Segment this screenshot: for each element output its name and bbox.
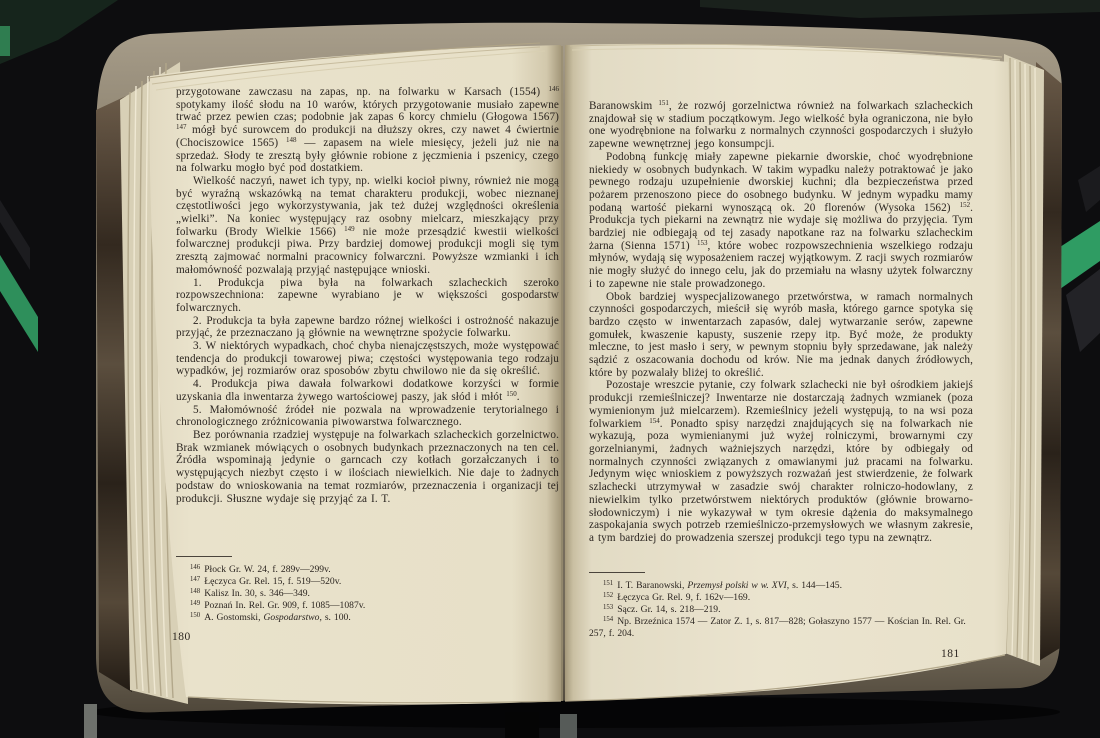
- footnote-marker: 151: [603, 580, 613, 587]
- book-photo-scene: przygotowane zawczasu na zapas, np. na f…: [0, 0, 1100, 738]
- page-number-right: 181: [941, 648, 960, 660]
- cradle-tab-left: [84, 704, 97, 738]
- left-page-footnote-area: 146Płock Gr. W. 24, f. 289v—299v.147Łęcz…: [176, 556, 559, 624]
- footnote-marker: 150: [190, 612, 200, 619]
- text-segment: Np. Brzeźnica 1574 — Zator Z. 1, s. 817—…: [589, 616, 966, 639]
- footnote-ref: 147: [176, 123, 187, 131]
- footnote: 146Płock Gr. W. 24, f. 289v—299v.: [176, 564, 559, 576]
- footnote-marker: 153: [603, 604, 613, 611]
- footnote: 153Sącz. Gr. 14, s. 218—219.: [589, 604, 973, 616]
- text-segment: I. T. Baranowski,: [617, 580, 687, 591]
- paragraph: 2. Produkcja ta była zapewne bardzo różn…: [176, 315, 559, 340]
- paragraph: 5. Małomówność źródeł nie pozwala na wpr…: [176, 404, 559, 429]
- text-segment: Poznań In. Rel. Gr. 909, f. 1085—1087v.: [204, 600, 365, 611]
- text-segment: spotykamy ilość słodu na 10 warów, który…: [176, 99, 559, 124]
- cradle-tab-center: [560, 714, 577, 738]
- corner-shape-top-right: [700, 0, 1100, 18]
- footnote-marker: 146: [190, 564, 200, 571]
- right-page-footnotes: 151I. T. Baranowski, Przemysł polski w w…: [589, 580, 973, 640]
- text-segment: Sącz. Gr. 14, s. 218—219.: [617, 604, 720, 615]
- footnote-marker: 147: [190, 576, 200, 583]
- left-page-footnotes: 146Płock Gr. W. 24, f. 289v—299v.147Łęcz…: [176, 564, 559, 624]
- footnote-ref: 148: [286, 136, 297, 144]
- text-segment: Podobną funkcję miały zapewne piekarnie …: [589, 151, 973, 214]
- footnote: 147Łęczyca Gr. Rel. 15, f. 519—520v.: [176, 576, 559, 588]
- text-segment: przygotowane zawczasu na zapas, np. na f…: [176, 86, 549, 98]
- paragraph: Obok bardziej wyspecjalizowanego przetwó…: [589, 291, 973, 380]
- footnote-ref: 151: [658, 99, 669, 107]
- text-segment: Łęczyca Gr. Rel. 15, f. 519—520v.: [204, 576, 341, 587]
- footnote-marker: 148: [190, 588, 200, 595]
- paragraph: Wielkość naczyń, nawet ich typy, np. wie…: [176, 175, 559, 277]
- footnote-ref: 152: [960, 201, 971, 209]
- text-segment: Płock Gr. W. 24, f. 289v—299v.: [204, 564, 330, 575]
- footnote-marker: 152: [603, 592, 613, 599]
- paragraph: Baranowskim 151, że rozwój gorzelnictwa …: [589, 100, 973, 151]
- paragraph: 3. W niektórych wypadkach, choć chyba ni…: [176, 340, 559, 378]
- footnote-ref: 149: [344, 225, 355, 233]
- footnote-rule: [176, 556, 232, 557]
- footnote-marker: 149: [190, 600, 200, 607]
- green-stripe-left: [0, 255, 38, 352]
- footnote: 154Np. Brzeźnica 1574 — Zator Z. 1, s. 8…: [589, 616, 973, 640]
- text-segment: 2. Produkcja ta była zapewne bardzo różn…: [176, 315, 559, 340]
- gray-band-right-lower: [1066, 269, 1100, 352]
- corner-shape-top-left: [0, 0, 118, 64]
- footnote-ref: 153: [697, 239, 708, 247]
- right-page-text-block: Baranowskim 151, że rozwój gorzelnictwa …: [589, 100, 973, 545]
- text-segment: A. Gostomski,: [204, 612, 263, 623]
- text-segment: Bez porównania rzadziej występuje na fol…: [176, 429, 559, 505]
- dark-band-left: [0, 200, 30, 270]
- text-segment: 1. Produkcja piwa była na folwarkach szl…: [176, 277, 559, 314]
- text-segment: Baranowskim: [589, 100, 658, 112]
- footnote-ref: 150: [506, 390, 517, 398]
- footnote-ref: 146: [549, 85, 560, 93]
- paragraph: Bez porównania rzadziej występuje na fol…: [176, 429, 559, 505]
- footnote-ref: 154: [649, 417, 660, 425]
- right-page-footnote-area: 151I. T. Baranowski, Przemysł polski w w…: [589, 572, 973, 640]
- paragraph: Pozostaje wreszcie pytanie, czy folwark …: [589, 379, 973, 544]
- cradle-strip-center: [505, 712, 539, 738]
- left-page-text-block: przygotowane zawczasu na zapas, np. na f…: [176, 86, 559, 505]
- text-segment: Łęczyca Gr. Rel. 9, f. 162v—169.: [617, 592, 750, 603]
- paragraph: Podobną funkcję miały zapewne piekarnie …: [589, 151, 973, 291]
- text-segment: .: [517, 391, 520, 403]
- footnote-marker: 154: [603, 616, 613, 623]
- text-segment: Obok bardziej wyspecjalizowanego przetwó…: [589, 291, 973, 379]
- footnote: 148Kalisz In. 30, s. 346—349.: [176, 588, 559, 600]
- text-segment: . Ponadto spisy narzędzi znajdujących si…: [589, 418, 973, 544]
- page-number-left: 180: [172, 631, 191, 643]
- text-segment: 5. Małomówność źródeł nie pozwala na wpr…: [176, 404, 559, 429]
- paragraph: 4. Produkcja piwa dawała folwarkowi doda…: [176, 378, 559, 403]
- text-segment: , s. 144—145.: [787, 580, 842, 591]
- green-chip-left-edge: [0, 26, 10, 56]
- text-segment: Kalisz In. 30, s. 346—349.: [204, 588, 310, 599]
- text-segment: 3. W niektórych wypadkach, choć chyba ni…: [176, 340, 559, 377]
- dark-band-right-upper: [1078, 166, 1100, 212]
- footnote: 152Łęczyca Gr. Rel. 9, f. 162v—169.: [589, 592, 973, 604]
- footnote-rule: [589, 572, 645, 573]
- footnote: 151I. T. Baranowski, Przemysł polski w w…: [589, 580, 973, 592]
- text-segment: , s. 100.: [319, 612, 350, 623]
- italic-text: Gospodarstwo: [263, 612, 319, 623]
- italic-text: Przemysł polski w w. XVI: [687, 580, 786, 591]
- footnote: 149Poznań In. Rel. Gr. 909, f. 1085—1087…: [176, 600, 559, 612]
- footnote: 150A. Gostomski, Gospodarstwo, s. 100.: [176, 612, 559, 624]
- paragraph: 1. Produkcja piwa była na folwarkach szl…: [176, 277, 559, 315]
- text-segment: 4. Produkcja piwa dawała folwarkowi doda…: [176, 378, 559, 403]
- paragraph: przygotowane zawczasu na zapas, np. na f…: [176, 86, 559, 175]
